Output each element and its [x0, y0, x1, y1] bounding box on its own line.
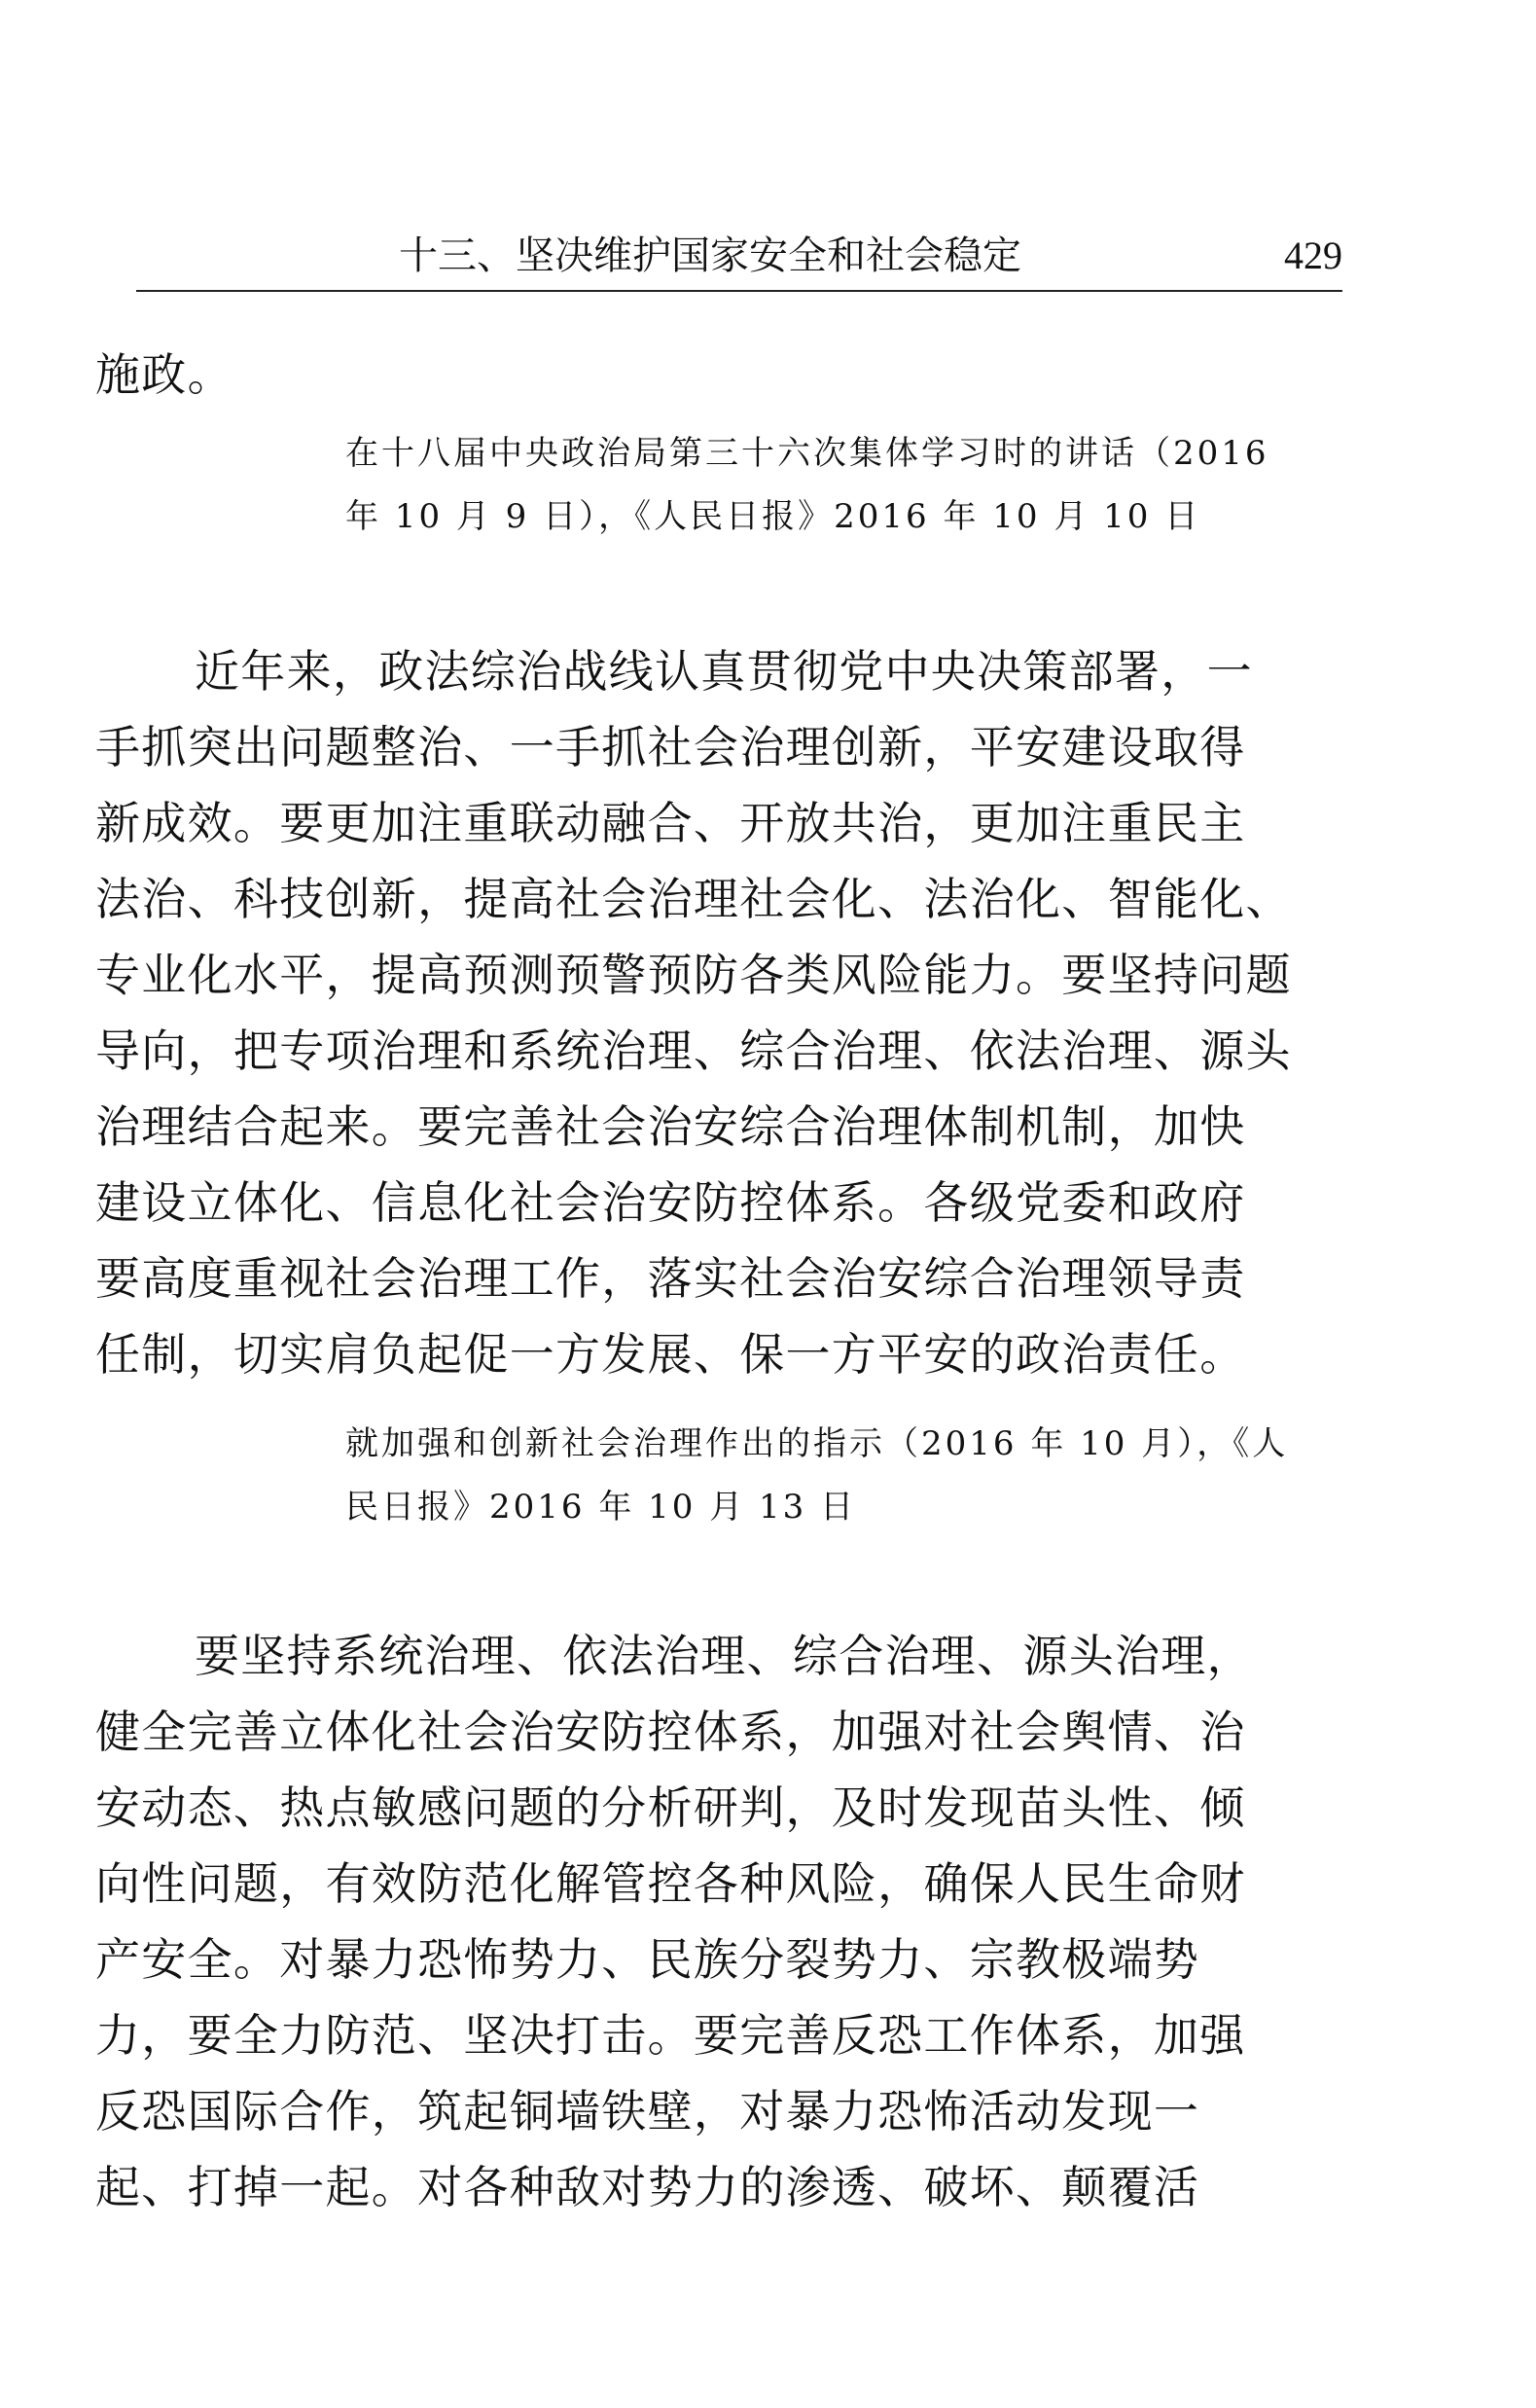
- page-number: 429: [1284, 229, 1342, 283]
- paragraph-line: 健全完善立体化社会治安防控体系，加强对社会舆情、治: [95, 1703, 1355, 1761]
- paragraph-line: 要坚持系统治理、依法治理、综合治理、源头治理，: [195, 1627, 1454, 1685]
- paragraph-line: 法治、科技创新，提高社会治理社会化、法治化、智能化、: [95, 870, 1355, 928]
- paragraph-line: 手抓突出问题整治、一手抓社会治理创新，平安建设取得: [95, 718, 1355, 776]
- paragraph-line: 要高度重视社会治理工作，落实社会治安综合治理领导责: [95, 1249, 1355, 1308]
- paragraph-line: 任制，切实肩负起促一方发展、保一方平安的政治责任。: [95, 1325, 1355, 1384]
- paragraph-line: 专业化水平，提高预测预警预防各类风险能力。要坚持问题: [95, 946, 1355, 1004]
- paragraph-line: 新成效。要更加注重联动融合、开放共治，更加注重民主: [95, 794, 1355, 852]
- source-line: 年 10 月 9 日），《人民日报》2016 年 10 月 10 日: [345, 493, 1200, 540]
- paragraph-line: 导向，把专项治理和系统治理、综合治理、依法治理、源头: [95, 1022, 1355, 1080]
- paragraph-line: 力，要全力防范、坚决打击。要完善反恐工作体系，加强: [95, 2006, 1355, 2065]
- paragraph-line: 反恐国际合作，筑起铜墙铁壁，对暴力恐怖活动发现一: [95, 2082, 1355, 2140]
- paragraph-line: 产安全。对暴力恐怖势力、民族分裂势力、宗教极端势: [95, 1930, 1355, 1989]
- paragraph-line: 安动态、热点敏感问题的分析研判，及时发现苗头性、倾: [95, 1779, 1355, 1837]
- paragraph-line: 向性问题，有效防范化解管控各种风险，确保人民生命财: [95, 1854, 1355, 1913]
- header-rule: [136, 290, 1342, 292]
- paragraph-line: 近年来，政法综治战线认真贯彻党中央决策部署，一: [195, 642, 1454, 701]
- paragraph-line: 起、打掉一起。对各种敌对势力的渗透、破坏、颠覆活: [95, 2158, 1355, 2216]
- chapter-title: 十三、坚决维护国家安全和社会稳定: [399, 229, 1021, 283]
- source-line: 在十八届中央政治局第三十六次集体学习时的讲话（2016: [345, 430, 1269, 477]
- paragraph-line: 建设立体化、信息化社会治安防控体系。各级党委和政府: [95, 1173, 1355, 1232]
- continuation-text: 施政。: [95, 345, 1355, 404]
- paragraph-line: 治理结合起来。要完善社会治安综合治理体制机制，加快: [95, 1097, 1355, 1156]
- source-line: 民日报》2016 年 10 月 13 日: [345, 1484, 856, 1530]
- running-header: 十三、坚决维护国家安全和社会稳定 429: [136, 229, 1342, 287]
- source-line: 就加强和创新社会治理作出的指示（2016 年 10 月），《人: [345, 1420, 1288, 1467]
